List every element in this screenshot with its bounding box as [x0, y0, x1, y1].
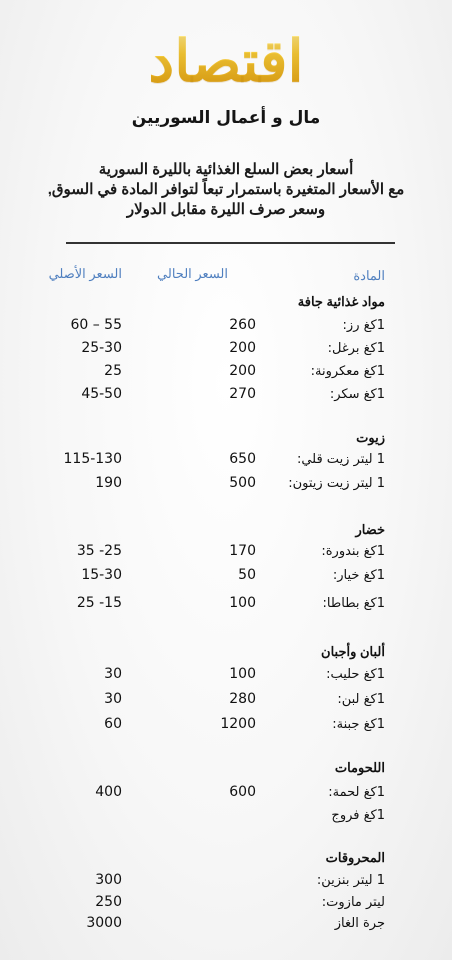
original-price: 45-50 [81, 386, 122, 402]
original-price: 30 [104, 691, 122, 707]
header-original-price: السعر الأصلي [49, 266, 122, 282]
original-price: 3000 [86, 915, 122, 931]
original-price: 25 -15 [77, 595, 122, 611]
item-label: 1كغ خيار: [333, 568, 385, 583]
item-label: جرة الغاز [335, 916, 385, 931]
current-price: 280 [229, 691, 256, 707]
current-price: 650 [229, 451, 256, 467]
item-label: 1كغ لبن: [337, 692, 385, 707]
current-price: 170 [229, 543, 256, 559]
item-label: ليتر مازوت: [322, 895, 385, 910]
header-current-price: السعر الحالي [157, 266, 228, 282]
item-label: 1كغ فروج [331, 808, 385, 823]
item-label: 1 ليتر زيت قلي: [297, 452, 385, 467]
current-price: 200 [229, 340, 256, 356]
item-label: 1كغ برغل: [328, 341, 385, 356]
original-price: 300 [95, 872, 122, 888]
current-price: 260 [229, 317, 256, 333]
current-price: 50 [238, 567, 256, 583]
original-price: 25-30 [81, 340, 122, 356]
current-price: 1200 [220, 716, 256, 732]
original-price: 115-130 [64, 451, 123, 467]
category-dry-food: مواد غذائية جافة [298, 294, 385, 310]
category-dairy: ألبان وأجبان [321, 644, 385, 660]
original-price: 60 – 55 [70, 317, 122, 333]
original-price: 35 -25 [77, 543, 122, 559]
item-label: 1 ليتر زيت زيتون: [288, 476, 385, 491]
original-price: 25 [104, 363, 122, 379]
item-label: 1كغ معكرونة: [311, 364, 385, 379]
original-price: 15-30 [81, 567, 122, 583]
item-label: 1كغ بندورة: [321, 544, 385, 559]
current-price: 100 [229, 595, 256, 611]
item-label: 1كغ بطاطا: [323, 596, 385, 611]
current-price: 100 [229, 666, 256, 682]
category-oils: زيوت [356, 430, 385, 446]
item-label: 1كغ حليب: [326, 667, 385, 682]
original-price: 250 [95, 894, 122, 910]
current-price: 270 [229, 386, 256, 402]
item-label: 1كغ رز: [343, 318, 385, 333]
category-meats: اللحومات [335, 760, 385, 776]
item-label: 1كغ سكر: [330, 387, 385, 402]
item-label: 1كغ لحمة: [328, 785, 385, 800]
original-price: 30 [104, 666, 122, 682]
original-price: 60 [104, 716, 122, 732]
item-label: 1 ليتر بنزين: [317, 873, 385, 888]
current-price: 500 [229, 475, 256, 491]
original-price: 190 [95, 475, 122, 491]
original-price: 400 [95, 784, 122, 800]
header-item: المادة [353, 268, 385, 284]
category-vegetables: خضار [355, 522, 385, 538]
current-price: 200 [229, 363, 256, 379]
category-fuels: المحروقات [326, 850, 385, 866]
item-label: 1كغ جبنة: [332, 717, 385, 732]
price-table: المادة السعر الحالي السعر الأصلي مواد غذ… [0, 0, 452, 960]
current-price: 600 [229, 784, 256, 800]
